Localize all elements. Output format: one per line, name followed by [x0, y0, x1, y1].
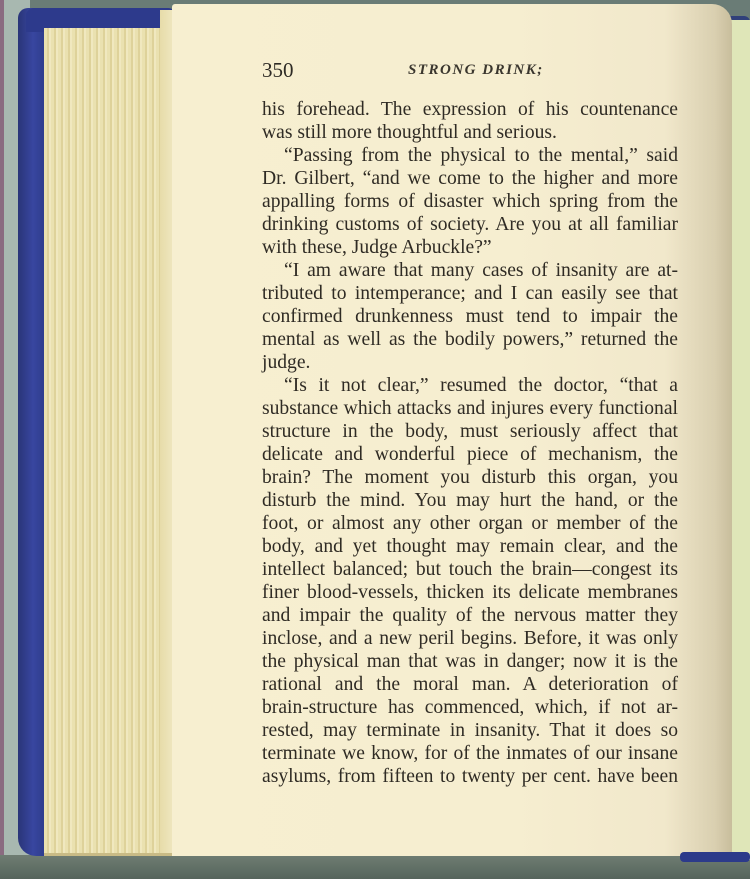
text-line: “I am aware that many cases of insanity …	[262, 259, 678, 282]
text-line: drinking customs of society. Are you at …	[262, 213, 678, 236]
page-number: 350	[262, 58, 294, 83]
text-line: inclose, and a new peril begins. Before,…	[262, 627, 678, 650]
text-line: with these, Judge Arbuckle?”	[262, 236, 678, 259]
text-line: tributed to intemperance; and I can easi…	[262, 282, 678, 305]
book-cover-right-bottom	[680, 852, 750, 862]
background-bottom	[0, 855, 750, 879]
body-text: his forehead. The expression of his coun…	[262, 98, 678, 788]
text-line: rested, may terminate in insanity. That …	[262, 719, 678, 742]
text-line: his forehead. The expression of his coun…	[262, 98, 678, 121]
text-line: delicate and wonderful piece of mechanis…	[262, 443, 678, 466]
text-line: judge.	[262, 351, 678, 374]
text-line: intellect balanced; but touch the brain—…	[262, 558, 678, 581]
page-stack-edge	[44, 28, 174, 856]
running-title: STRONG DRINK;	[408, 62, 544, 79]
text-line: was still more thoughtful and serious.	[262, 121, 678, 144]
text-line: asylums, from fifteen to twenty per cent…	[262, 765, 678, 788]
text-line: “Is it not clear,” resumed the doctor, “…	[262, 374, 678, 397]
text-line: foot, or almost any other organ or membe…	[262, 512, 678, 535]
text-line: structure in the body, must seriously af…	[262, 420, 678, 443]
text-line: Dr. Gilbert, “and we come to the higher …	[262, 167, 678, 190]
text-line: disturb the mind. You may hurt the hand,…	[262, 489, 678, 512]
text-line: appalling forms of disaster which spring…	[262, 190, 678, 213]
text-line: finer blood-vessels, thicken its delicat…	[262, 581, 678, 604]
running-head: 350 STRONG DRINK;	[262, 58, 682, 88]
text-line: substance which attacks and injures ever…	[262, 397, 678, 420]
text-line: terminate we know, for of the inmates of…	[262, 742, 678, 765]
text-line: body, and yet thought may remain clear, …	[262, 535, 678, 558]
text-line: brain? The moment you disturb this organ…	[262, 466, 678, 489]
text-line: the physical man that was in danger; now…	[262, 650, 678, 673]
text-line: rational and the moral man. A deteriorat…	[262, 673, 678, 696]
text-line: confirmed drunkenness must tend to impai…	[262, 305, 678, 328]
text-line: mental as well as the bodily powers,” re…	[262, 328, 678, 351]
text-line: “Passing from the physical to the mental…	[262, 144, 678, 167]
text-line: brain-structure has commenced, which, if…	[262, 696, 678, 719]
text-line: and impair the quality of the nervous ma…	[262, 604, 678, 627]
